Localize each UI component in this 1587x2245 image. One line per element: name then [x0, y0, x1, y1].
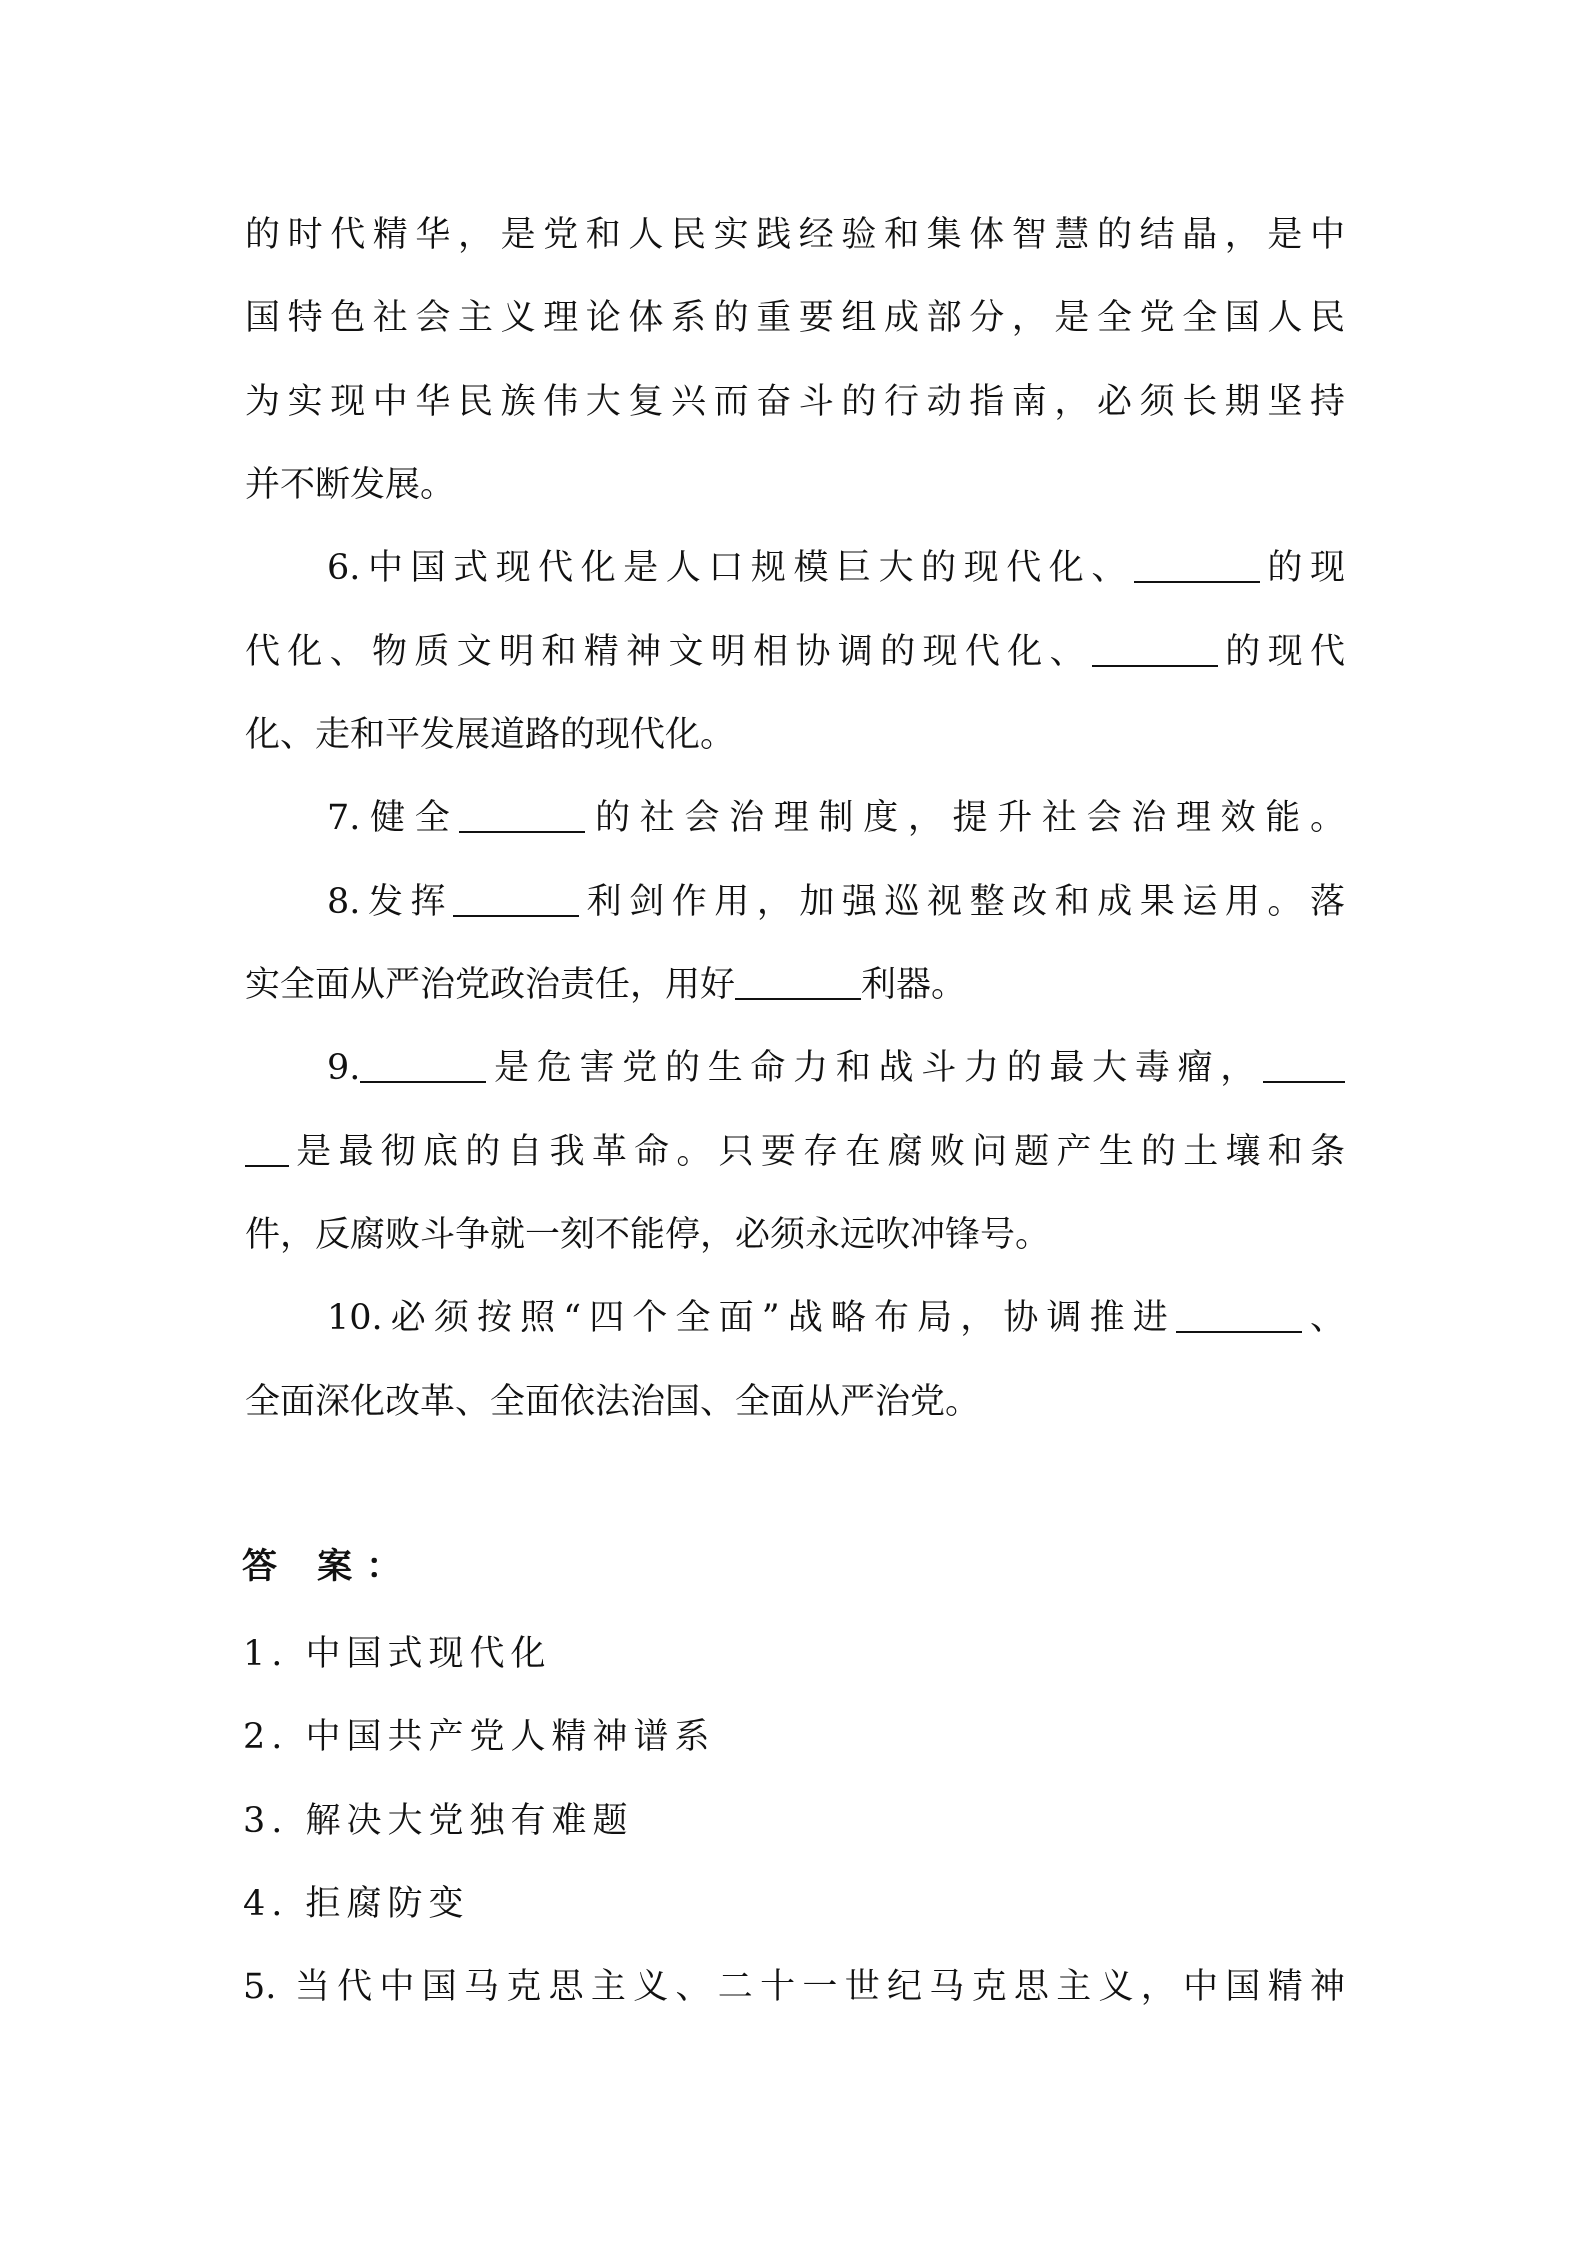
- question-6-line-1: 6.中国式现代化是人口规模巨大的现代化、的现: [327, 543, 1345, 593]
- question-text: 利剑作用，加强巡视整改和成果运用。落: [579, 882, 1345, 922]
- question-text: 的现代: [1218, 632, 1345, 672]
- answers-heading: 答 案：: [242, 1542, 415, 1592]
- question-10-line-2: 全面深化改革、全面依法治国、全面从严治党。: [245, 1377, 1345, 1427]
- fill-blank[interactable]: [360, 1045, 486, 1083]
- question-7-line-1: 7.健全的社会治理制度，提升社会治理效能。: [327, 793, 1345, 843]
- question-9-line-2: 是最彻底的自我革命。只要存在腐败问题产生的土壤和条: [245, 1127, 1345, 1177]
- question-text: 的现: [1260, 548, 1345, 588]
- answer-item: 3. 解决大党独有难题: [243, 1796, 634, 1846]
- question-text: 是危害党的生命力和战斗力的最大毒瘤，: [486, 1048, 1263, 1088]
- fill-blank[interactable]: [1092, 629, 1218, 667]
- fill-blank[interactable]: [459, 795, 585, 833]
- question-number: 9.: [327, 1048, 360, 1088]
- question-text: 是最彻底的自我革命。只要存在腐败问题产生的土壤和条: [289, 1132, 1345, 1172]
- question-text: 利器。: [861, 965, 966, 1005]
- question-10-line-1: 10.必须按照“四个全面”战略布局，协调推进、: [327, 1293, 1345, 1343]
- question-8-line-1: 8.发挥利剑作用，加强巡视整改和成果运用。落: [327, 877, 1345, 927]
- paragraph-line: 为实现中华民族伟大复兴而奋斗的行动指南，必须长期坚持: [245, 377, 1345, 427]
- paragraph-line: 并不断发展。: [245, 460, 1345, 510]
- question-number: 8.: [327, 882, 360, 922]
- answer-item: 4. 拒腐防变: [243, 1879, 470, 1929]
- question-9-line-1: 9.是危害党的生命力和战斗力的最大毒瘤，: [327, 1043, 1345, 1093]
- fill-blank[interactable]: [735, 962, 861, 1000]
- question-8-line-2: 实全面从严治党政治责任，用好利器。: [245, 960, 1345, 1010]
- question-text: 必须按照“四个全面”战略布局，协调推进: [383, 1298, 1176, 1338]
- question-text: 代化、物质文明和精神文明相协调的现代化、: [245, 632, 1092, 672]
- question-number: 10.: [327, 1298, 383, 1338]
- fill-blank[interactable]: [1176, 1295, 1302, 1333]
- fill-blank[interactable]: [1263, 1045, 1345, 1083]
- answer-item: 2. 中国共产党人精神谱系: [243, 1712, 716, 1762]
- question-number: 6.: [327, 548, 360, 588]
- question-text: 中国式现代化是人口规模巨大的现代化、: [360, 548, 1133, 588]
- document-page: 的时代精华，是党和人民实践经验和集体智慧的结晶，是中 国特色社会主义理论体系的重…: [0, 0, 1587, 2245]
- question-text: 健全: [360, 798, 459, 838]
- question-6-line-3: 化、走和平发展道路的现代化。: [245, 710, 1345, 760]
- question-text: 实全面从严治党政治责任，用好: [245, 965, 735, 1005]
- answer-item: 1. 中国式现代化: [243, 1629, 552, 1679]
- fill-blank[interactable]: [453, 879, 579, 917]
- question-text: 、: [1302, 1298, 1345, 1338]
- question-6-line-2: 代化、物质文明和精神文明相协调的现代化、的现代: [245, 627, 1345, 677]
- question-text: 发挥: [360, 882, 453, 922]
- question-number: 7.: [327, 798, 360, 838]
- paragraph-line: 国特色社会主义理论体系的重要组成部分，是全党全国人民: [245, 293, 1345, 343]
- paragraph-line: 的时代精华，是党和人民实践经验和集体智慧的结晶，是中: [245, 210, 1345, 260]
- fill-blank-continued[interactable]: [245, 1129, 289, 1167]
- fill-blank[interactable]: [1134, 545, 1260, 583]
- question-text: 的社会治理制度，提升社会治理效能。: [585, 798, 1345, 838]
- question-9-line-3: 件，反腐败斗争就一刻不能停，必须永远吹冲锋号。: [245, 1210, 1345, 1260]
- answer-item: 5. 当代中国马克思主义、二十一世纪马克思主义，中国精神: [243, 1962, 1345, 2012]
